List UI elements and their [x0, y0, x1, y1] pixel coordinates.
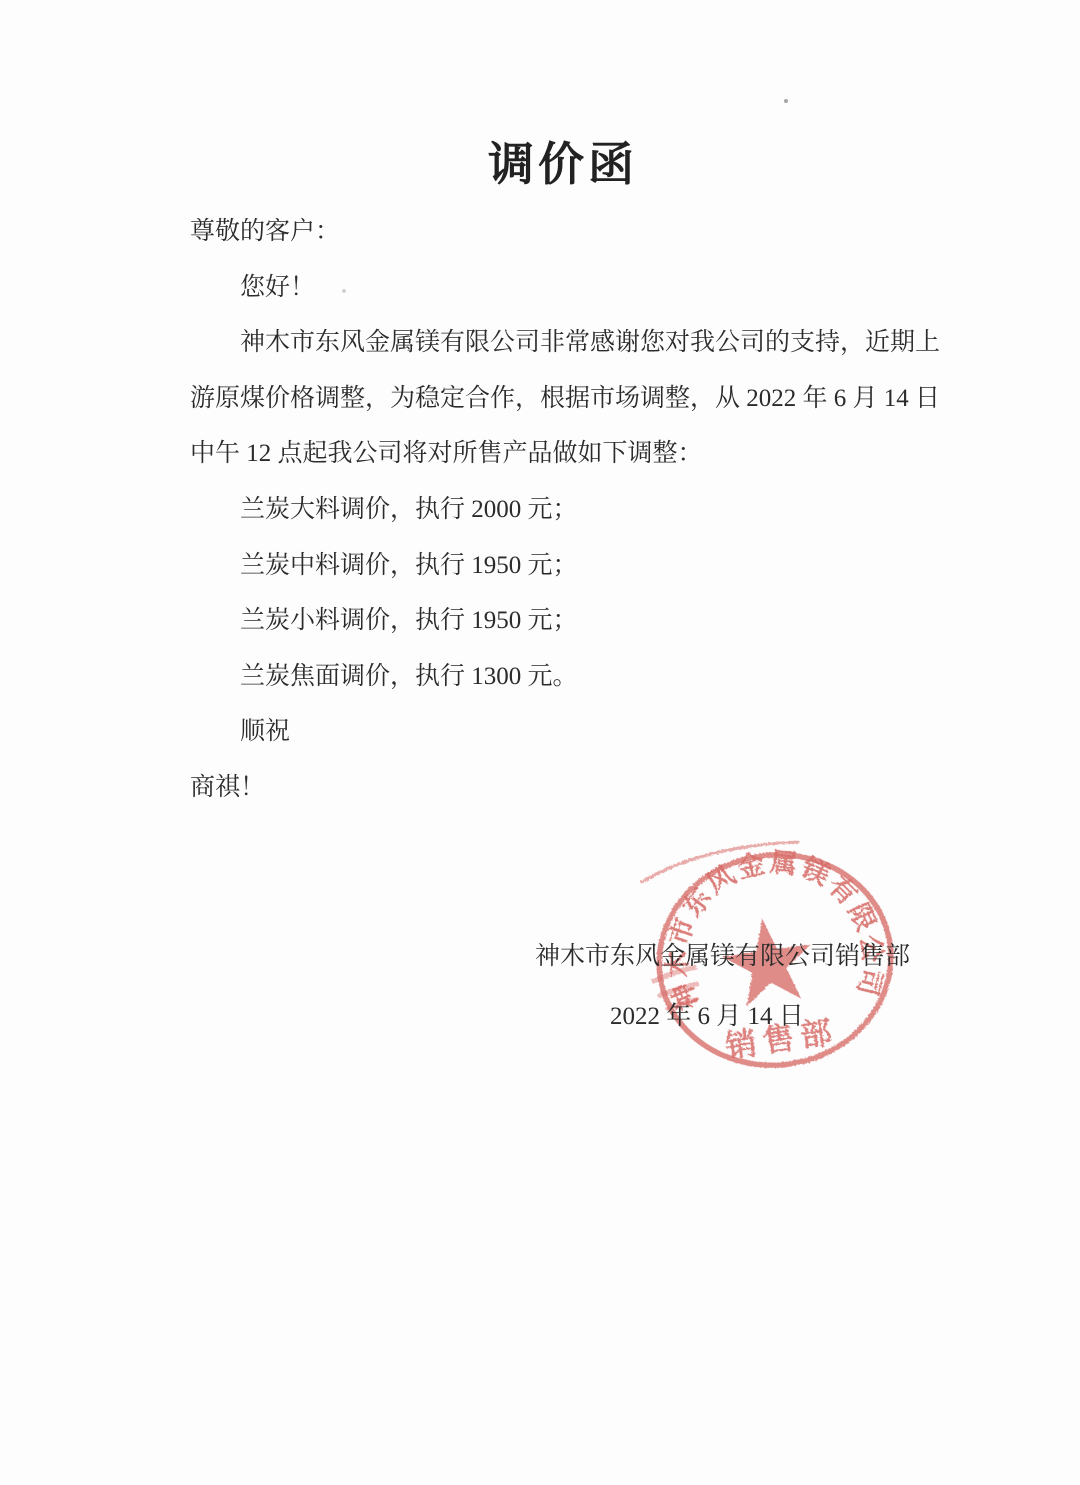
- scan-speck: [342, 289, 346, 293]
- price-line-coke-face: 兰炭焦面调价，执行 1300 元。: [190, 649, 950, 705]
- closing-line: 顺祝: [190, 704, 950, 760]
- paragraph-line: 游原煤价格调整，为稳定合作，根据市场调整，从 2022 年 6 月 14 日: [190, 371, 950, 427]
- price-line-medium: 兰炭中料调价，执行 1950 元；: [190, 538, 950, 594]
- price-line-large: 兰炭大料调价，执行 2000 元；: [190, 482, 950, 538]
- letter-page: 调价函 尊敬的客户： 您好！ 神木市东风金属镁有限公司非常感谢您对我公司的支持，…: [0, 0, 1080, 1485]
- paragraph-line: 神木市东风金属镁有限公司非常感谢您对我公司的支持，近期上: [190, 315, 950, 371]
- signature-company: 神木市东风金属镁有限公司销售部: [535, 936, 910, 972]
- signature-date: 2022 年 6 月 14 日: [610, 996, 804, 1032]
- price-line-small: 兰炭小料调价，执行 1950 元；: [190, 593, 950, 649]
- closing-line: 商祺！: [190, 760, 950, 816]
- salutation-line: 尊敬的客户：: [190, 204, 950, 260]
- scan-speck: [784, 99, 788, 103]
- greeting-line: 您好！: [190, 260, 950, 316]
- page-title: 调价函: [190, 128, 936, 194]
- paragraph-line: 中午 12 点起我公司将对所售产品做如下调整：: [190, 426, 950, 482]
- letter-body: 尊敬的客户： 您好！ 神木市东风金属镁有限公司非常感谢您对我公司的支持，近期上 …: [190, 204, 950, 816]
